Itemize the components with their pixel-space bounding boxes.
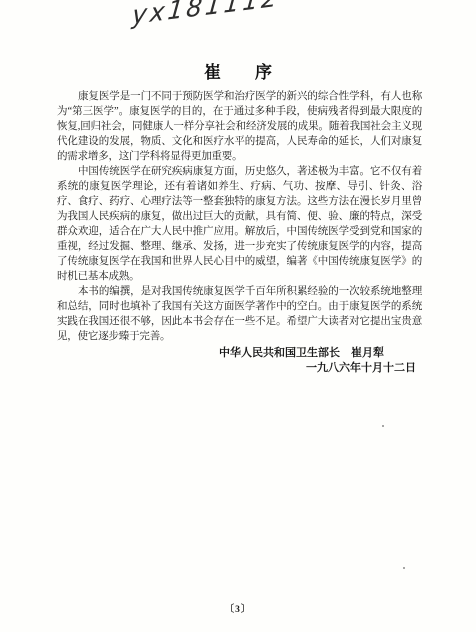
preface-paragraph-3: 本书的编撰，是对我国传统康复医学千百年所积累经验的一次较系统地整理和总结，同时也… bbox=[57, 284, 422, 344]
handwritten-catalog-number: yx181112 bbox=[131, 0, 282, 30]
signature-date: 一九八六年十月十二日 bbox=[57, 361, 422, 376]
signature-office: 中华人民共和国卫生部长 bbox=[219, 347, 340, 359]
scan-speck bbox=[382, 425, 384, 427]
preface-paragraph-1: 康复医学是一门不同于预防医学和治疗医学的新兴的综合性学科，有人也称为“第三医学”… bbox=[57, 89, 422, 164]
signature-line: 中华人民共和国卫生部长崔月犁 bbox=[57, 346, 422, 361]
scanned-book-page: yx181112 崔 序 康复医学是一门不同于预防医学和治疗医学的新兴的综合性学… bbox=[0, 0, 476, 632]
page-number: 〔3〕 bbox=[0, 601, 476, 615]
scan-speck bbox=[403, 567, 405, 569]
preface-paragraph-2: 中国传统医学在研究疾病康复方面，历史悠久，著述极为丰富。它不仅有着系统的康复医学… bbox=[57, 164, 422, 284]
signature-name: 崔月犁 bbox=[351, 347, 384, 359]
preface-body: 康复医学是一门不同于预防医学和治疗医学的新兴的综合性学科，有人也称为“第三医学”… bbox=[57, 89, 422, 376]
preface-title: 崔 序 bbox=[0, 58, 476, 83]
